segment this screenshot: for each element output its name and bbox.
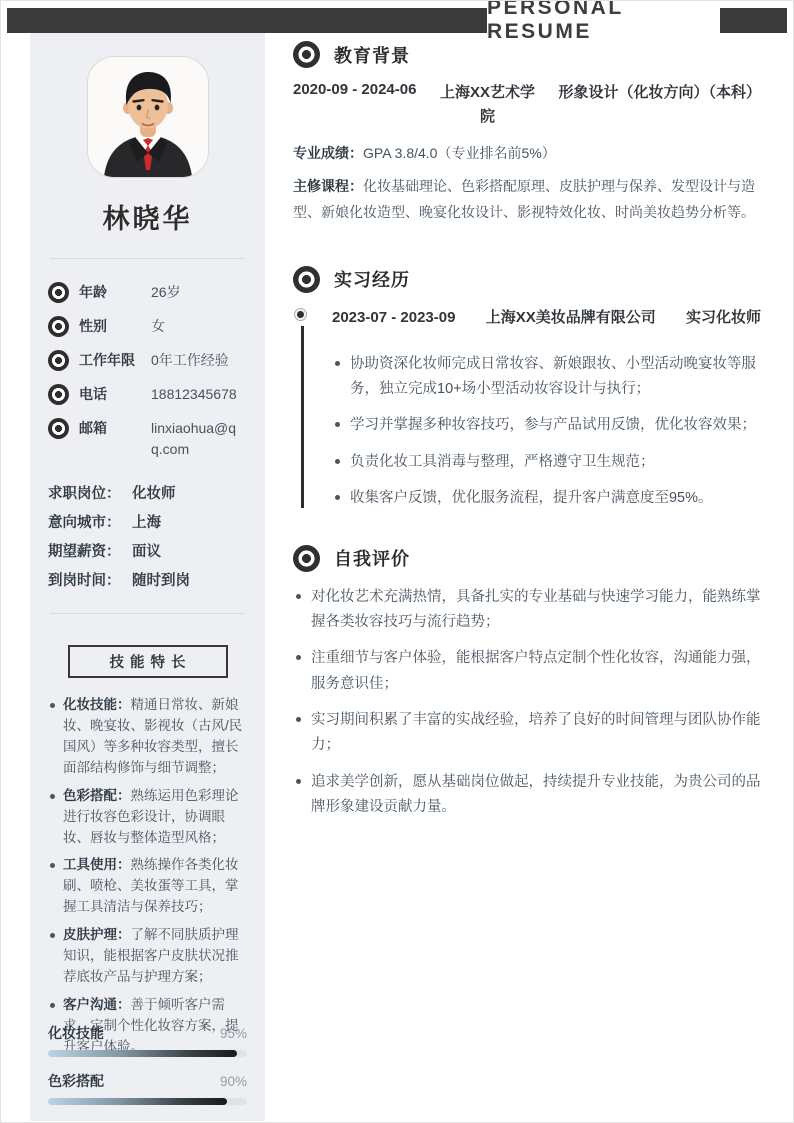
intent-value: 上海 bbox=[132, 513, 161, 533]
header-title-box: PERSONAL RESUME bbox=[487, 1, 720, 39]
bullet-ring-icon bbox=[48, 282, 69, 303]
intent-label: 求职岗位： bbox=[48, 484, 132, 504]
internship-entry-header: 2023-07 - 2023-09 上海XX美妆品牌有限公司 实习化妆师 bbox=[332, 306, 761, 327]
info-value: 26岁 bbox=[151, 282, 247, 303]
intent-row-availability: 到岗时间： 随时到岗 bbox=[48, 571, 247, 591]
bar-label: 色彩搭配 bbox=[48, 1071, 104, 1091]
bullet-dot-icon bbox=[335, 361, 340, 366]
internship-bullet-list: 协助资深化妆师完成日常妆容、新娘跟妆、小型活动晚宴妆等服务，独立完成10+场小型… bbox=[332, 352, 761, 512]
info-value: 18812345678 bbox=[151, 384, 247, 405]
bullet-dot-icon bbox=[296, 655, 301, 660]
info-row-email: 邮箱 linxiaohua@qq.com bbox=[48, 418, 247, 460]
info-row-gender: 性别 女 bbox=[48, 316, 247, 337]
section-title: 实习经历 bbox=[334, 266, 410, 292]
bullet-item: 协助资深化妆师完成日常妆容、新娘跟妆、小型活动晚宴妆等服务，独立完成10+场小型… bbox=[332, 352, 761, 403]
skill-label: 色彩搭配： bbox=[63, 788, 131, 803]
info-row-experience: 工作年限 0年工作经验 bbox=[48, 350, 247, 371]
intent-value: 面议 bbox=[132, 542, 161, 562]
intent-label: 期望薪资： bbox=[48, 542, 132, 562]
candidate-name: 林晓华 bbox=[48, 197, 247, 236]
info-label: 年龄 bbox=[79, 282, 151, 303]
skill-label: 客户沟通： bbox=[63, 997, 131, 1012]
education-entry-header: 2020-09 - 2024-06 上海XX艺术学院 形象设计（化妆方向）（本科… bbox=[293, 81, 761, 129]
bar-label-row: 色彩搭配 90% bbox=[48, 1071, 247, 1091]
section-header: 实习经历 bbox=[293, 266, 761, 293]
section-title: 教育背景 bbox=[334, 42, 410, 68]
skill-text: 皮肤护理：了解不同肤质护理知识，能根据客户皮肤状况推荐底妆产品与护理方案； bbox=[63, 925, 247, 988]
main-column: 教育背景 2020-09 - 2024-06 上海XX艺术学院 形象设计（化妆方… bbox=[293, 41, 761, 832]
bullet-ring-icon bbox=[48, 350, 69, 371]
section-header: 自我评价 bbox=[293, 545, 761, 572]
internship-entry: 2023-07 - 2023-09 上海XX美妆品牌有限公司 实习化妆师 协助资… bbox=[332, 306, 761, 512]
bullet-item: 学习并掌握多种妆容技巧，参与产品试用反馈，优化妆容效果； bbox=[332, 413, 761, 438]
bullet-item: 实习期间积累了丰富的实战经验，培养了良好的时间管理与团队协作能力； bbox=[293, 708, 761, 759]
gpa-label: 专业成绩： bbox=[293, 145, 363, 161]
internship-position: 实习化妆师 bbox=[686, 306, 761, 327]
bullet-text: 收集客户反馈，优化服务流程，提升客户满意度至95%。 bbox=[350, 486, 713, 511]
section-self-evaluation: 自我评价 对化妆艺术充满热情，具备扎实的专业基础与快速学习能力，能熟练掌握各类妆… bbox=[293, 545, 761, 821]
progress-track bbox=[48, 1050, 247, 1057]
skill-progress-bars: 化妆技能 95% 色彩搭配 90% bbox=[48, 1023, 247, 1119]
bullet-dot-icon bbox=[335, 495, 340, 500]
info-label: 电话 bbox=[79, 384, 151, 405]
bullet-dot-icon bbox=[335, 422, 340, 427]
skill-item: 化妆技能：精通日常妆、新娘妆、晚宴妆、影视妆（古风/民国风）等多种妆容类型，擅长… bbox=[48, 695, 247, 779]
bullet-text: 实习期间积累了丰富的实战经验，培养了良好的时间管理与团队协作能力； bbox=[311, 708, 761, 759]
bullet-ring-icon bbox=[48, 418, 69, 439]
bullet-dot-icon bbox=[50, 1003, 55, 1008]
bullet-dot-icon bbox=[50, 863, 55, 868]
skill-item: 色彩搭配：熟练运用色彩理论进行妆容色彩设计，协调眼妆、唇妆与整体造型风格； bbox=[48, 786, 247, 849]
internship-timeline: 2023-07 - 2023-09 上海XX美妆品牌有限公司 实习化妆师 协助资… bbox=[293, 306, 761, 512]
skills-list: 化妆技能：精通日常妆、新娘妆、晚宴妆、影视妆（古风/民国风）等多种妆容类型，擅长… bbox=[48, 695, 247, 1065]
progress-track bbox=[48, 1098, 247, 1105]
courses-line: 主修课程：化妆基础理论、色彩搭配原理、皮肤护理与保养、发型设计与造型、新娘化妆造… bbox=[293, 174, 761, 226]
basic-info-list: 年龄 26岁 性别 女 工作年限 0年工作经验 电话 18812345678 邮… bbox=[48, 282, 247, 460]
avatar-illustration bbox=[88, 57, 208, 177]
intent-row-position: 求职岗位： 化妆师 bbox=[48, 484, 247, 504]
section-ring-icon bbox=[293, 545, 320, 572]
info-value: 0年工作经验 bbox=[151, 350, 247, 371]
bar-label: 化妆技能 bbox=[48, 1023, 104, 1043]
section-ring-icon bbox=[293, 41, 320, 68]
intent-row-salary: 期望薪资： 面议 bbox=[48, 542, 247, 562]
sidebar: 林晓华 年龄 26岁 性别 女 工作年限 0年工作经验 电话 188123456 bbox=[30, 33, 265, 1121]
page-title: PERSONAL RESUME bbox=[487, 0, 720, 44]
skill-bar-makeup: 化妆技能 95% bbox=[48, 1023, 247, 1057]
skill-label: 工具使用： bbox=[63, 857, 131, 872]
skill-item: 皮肤护理：了解不同肤质护理知识，能根据客户皮肤状况推荐底妆产品与护理方案； bbox=[48, 925, 247, 988]
bullet-text: 对化妆艺术充满热情，具备扎实的专业基础与快速学习能力，能熟练掌握各类妆容技巧与流… bbox=[311, 585, 761, 636]
bullet-dot-icon bbox=[335, 459, 340, 464]
skill-label: 化妆技能： bbox=[63, 697, 131, 712]
skill-item: 工具使用：熟练操作各类化妆刷、喷枪、美妆蛋等工具，掌握工具清洁与保养技巧； bbox=[48, 855, 247, 918]
timeline-dot-icon bbox=[295, 309, 306, 320]
bullet-text: 负责化妆工具消毒与整理，严格遵守卫生规范； bbox=[350, 450, 655, 475]
bar-percent: 95% bbox=[220, 1026, 247, 1041]
info-row-age: 年龄 26岁 bbox=[48, 282, 247, 303]
progress-fill bbox=[48, 1098, 227, 1105]
bullet-dot-icon bbox=[296, 779, 301, 784]
info-label: 邮箱 bbox=[79, 418, 151, 439]
courses-value: 化妆基础理论、色彩搭配原理、皮肤护理与保养、发型设计与造型、新娘化妆造型、晚宴化… bbox=[293, 178, 755, 220]
skills-section-title: 技能特长 bbox=[104, 651, 192, 672]
section-education: 教育背景 2020-09 - 2024-06 上海XX艺术学院 形象设计（化妆方… bbox=[293, 41, 761, 226]
gpa-line: 专业成绩：GPA 3.8/4.0（专业排名前5%） bbox=[293, 141, 761, 167]
skill-text: 化妆技能：精通日常妆、新娘妆、晚宴妆、影视妆（古风/民国风）等多种妆容类型，擅长… bbox=[63, 695, 247, 779]
education-date: 2020-09 - 2024-06 bbox=[293, 81, 416, 98]
progress-fill bbox=[48, 1050, 237, 1057]
bullet-dot-icon bbox=[296, 594, 301, 599]
intent-label: 意向城市： bbox=[48, 513, 132, 533]
intent-value: 随时到岗 bbox=[132, 571, 190, 591]
bullet-ring-icon bbox=[48, 384, 69, 405]
bullet-item: 对化妆艺术充满热情，具备扎实的专业基础与快速学习能力，能熟练掌握各类妆容技巧与流… bbox=[293, 585, 761, 636]
skill-bar-color: 色彩搭配 90% bbox=[48, 1071, 247, 1105]
info-value: 女 bbox=[151, 316, 247, 337]
bullet-item: 注重细节与客户体验，能根据客户特点定制个性化妆容，沟通能力强，服务意识佳； bbox=[293, 646, 761, 697]
gpa-value: GPA 3.8/4.0（专业排名前5%） bbox=[363, 145, 556, 161]
divider bbox=[50, 613, 245, 614]
info-row-phone: 电话 18812345678 bbox=[48, 384, 247, 405]
bullet-item: 追求美学创新，愿从基础岗位做起，持续提升专业技能，为贵公司的品牌形象建设贡献力量… bbox=[293, 770, 761, 821]
section-internship: 实习经历 2023-07 - 2023-09 上海XX美妆品牌有限公司 实习化妆… bbox=[293, 266, 761, 512]
timeline-line bbox=[301, 326, 304, 508]
bullet-text: 协助资深化妆师完成日常妆容、新娘跟妆、小型活动晚宴妆等服务，独立完成10+场小型… bbox=[350, 352, 761, 403]
skill-label: 皮肤护理： bbox=[63, 927, 131, 942]
bar-percent: 90% bbox=[220, 1074, 247, 1089]
internship-company: 上海XX美妆品牌有限公司 bbox=[486, 306, 656, 327]
bar-label-row: 化妆技能 95% bbox=[48, 1023, 247, 1043]
intent-value: 化妆师 bbox=[132, 484, 176, 504]
skills-section-title-box: 技能特长 bbox=[68, 645, 228, 678]
bullet-dot-icon bbox=[50, 794, 55, 799]
section-ring-icon bbox=[293, 266, 320, 293]
intent-row-city: 意向城市： 上海 bbox=[48, 513, 247, 533]
skill-text: 工具使用：熟练操作各类化妆刷、喷枪、美妆蛋等工具，掌握工具清洁与保养技巧； bbox=[63, 855, 247, 918]
info-label: 工作年限 bbox=[79, 350, 151, 371]
avatar bbox=[87, 56, 209, 178]
section-title: 自我评价 bbox=[334, 545, 410, 571]
divider bbox=[50, 258, 245, 259]
evaluation-bullet-list: 对化妆艺术充满热情，具备扎实的专业基础与快速学习能力，能熟练掌握各类妆容技巧与流… bbox=[293, 585, 761, 821]
education-major: 形象设计（化妆方向）（本科） bbox=[558, 81, 761, 102]
bullet-dot-icon bbox=[296, 717, 301, 722]
job-intent-list: 求职岗位： 化妆师 意向城市： 上海 期望薪资： 面议 到岗时间： 随时到岗 bbox=[48, 484, 247, 591]
bullet-text: 学习并掌握多种妆容技巧，参与产品试用反馈，优化妆容效果； bbox=[350, 413, 756, 438]
info-label: 性别 bbox=[79, 316, 151, 337]
bullet-ring-icon bbox=[48, 316, 69, 337]
bullet-item: 收集客户反馈，优化服务流程，提升客户满意度至95%。 bbox=[332, 486, 761, 511]
intent-label: 到岗时间： bbox=[48, 571, 132, 591]
skill-text: 色彩搭配：熟练运用色彩理论进行妆容色彩设计，协调眼妆、唇妆与整体造型风格； bbox=[63, 786, 247, 849]
courses-label: 主修课程： bbox=[293, 178, 363, 194]
bullet-text: 追求美学创新，愿从基础岗位做起，持续提升专业技能，为贵公司的品牌形象建设贡献力量… bbox=[311, 770, 761, 821]
education-school: 上海XX艺术学院 bbox=[437, 81, 537, 129]
bullet-item: 负责化妆工具消毒与整理，严格遵守卫生规范； bbox=[332, 450, 761, 475]
resume-page: PERSONAL RESUME bbox=[0, 0, 794, 1123]
bullet-dot-icon bbox=[50, 703, 55, 708]
section-header: 教育背景 bbox=[293, 41, 761, 68]
internship-date: 2023-07 - 2023-09 bbox=[332, 309, 455, 326]
info-value: linxiaohua@qq.com bbox=[151, 418, 247, 460]
bullet-text: 注重细节与客户体验，能根据客户特点定制个性化妆容，沟通能力强，服务意识佳； bbox=[311, 646, 761, 697]
bullet-dot-icon bbox=[50, 933, 55, 938]
